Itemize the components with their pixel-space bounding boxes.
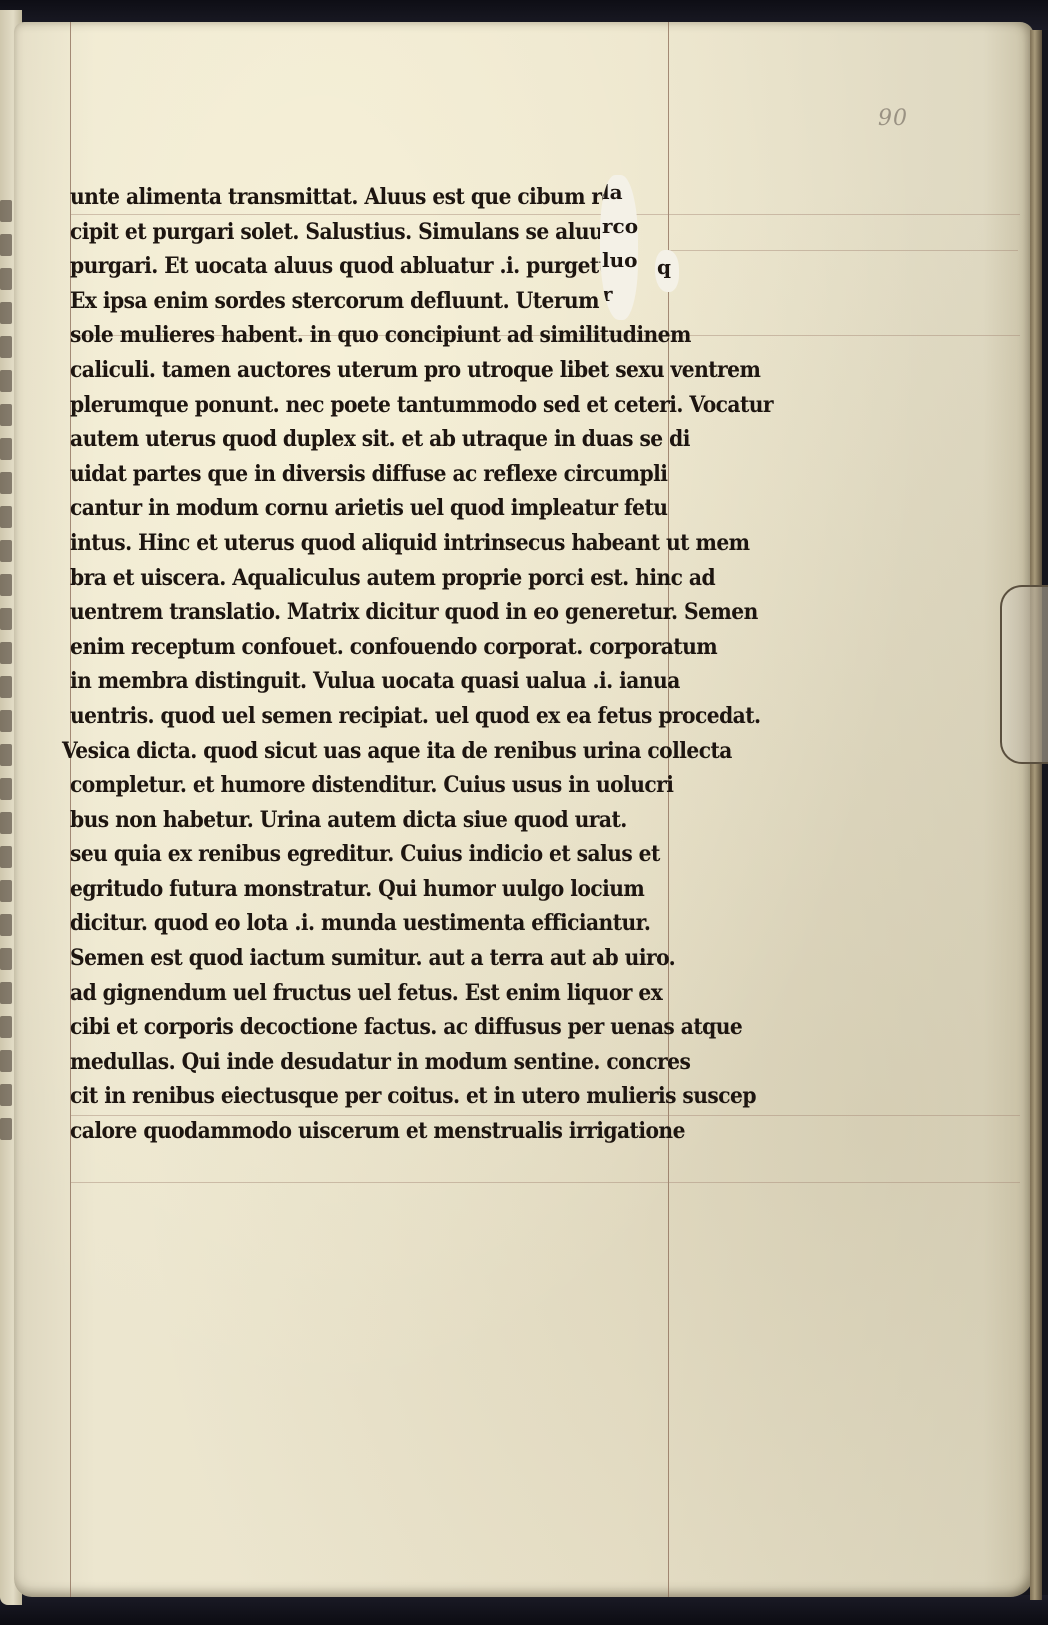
text-line: seu quia ex renibus egreditur. Cuius ind… — [70, 837, 640, 872]
text-line: enim receptum confouet. confouendo corpo… — [70, 630, 640, 665]
page-fore-edge — [1030, 30, 1042, 1600]
text-line: cantur in modum cornu arietis uel quod i… — [70, 491, 640, 526]
parchment-hole: q — [655, 250, 679, 292]
text-line: intus. Hinc et uterus quod aliquid intri… — [70, 526, 640, 561]
text-line: caliculi. tamen auctores uterum pro utro… — [70, 353, 640, 388]
text-line: uentrem translatio. Matrix dicitur quod … — [70, 595, 640, 630]
text-line: unte alimenta transmittat. Aluus est que… — [70, 180, 640, 215]
text-line: Semen est quod iactum sumitur. aut a ter… — [70, 941, 640, 976]
text-line: medullas. Qui inde desudatur in modum se… — [70, 1045, 640, 1080]
hole-text: r — [602, 277, 638, 311]
text-line: Vesica dicta. quod sicut uas aque ita de… — [62, 734, 640, 769]
text-line: calore quodammodo uiscerum et menstruali… — [70, 1114, 640, 1149]
text-line: completur. et humore distenditur. Cuius … — [70, 768, 640, 803]
binding-bottom — [0, 1595, 1048, 1625]
hole-text: rco — [602, 209, 638, 243]
text-line: purgari. Et uocata aluus quod abluatur .… — [70, 249, 640, 284]
ruling-bottom — [70, 1182, 1020, 1183]
text-line: sole mulieres habent. in quo concipiunt … — [70, 318, 640, 353]
text-line: bus non habetur. Urina autem dicta siue … — [70, 803, 640, 838]
ruling-line — [668, 250, 1018, 251]
text-line: cipit et purgari solet. Salustius. Simul… — [70, 215, 640, 250]
text-line: egritudo futura monstratur. Qui humor uu… — [70, 872, 640, 907]
clasp-tab — [1000, 585, 1048, 764]
manuscript-spread: 90 unte alimenta transmittat. Aluus est … — [0, 0, 1048, 1625]
text-line: cibi et corporis decoctione factus. ac d… — [70, 1010, 640, 1045]
text-line: Ex ipsa enim sordes stercorum defluunt. … — [70, 284, 640, 319]
text-line: autem uterus quod duplex sit. et ab utra… — [70, 422, 640, 457]
text-line: ad gignendum uel fructus uel fetus. Est … — [70, 976, 640, 1011]
text-line: cit in renibus eiectusque per coitus. et… — [70, 1079, 640, 1114]
text-line: dicitur. quod eo lota .i. munda uestimen… — [70, 906, 640, 941]
main-text-column: unte alimenta transmittat. Aluus est que… — [70, 180, 690, 1149]
hole-text: luo — [602, 243, 638, 277]
text-line: plerumque ponunt. nec poete tantummodo s… — [70, 388, 640, 423]
hole-text: q — [657, 250, 679, 284]
text-line: uentris. quod uel semen recipiat. uel qu… — [70, 699, 640, 734]
text-line: uidat partes que in diversis diffuse ac … — [70, 457, 640, 492]
parchment-hole: la rco luo r — [600, 175, 638, 320]
folio-number: 90 — [878, 106, 908, 131]
text-line: in membra distinguit. Vulua uocata quasi… — [70, 664, 640, 699]
text-line: bra et uiscera. Aqualiculus autem propri… — [70, 561, 640, 596]
